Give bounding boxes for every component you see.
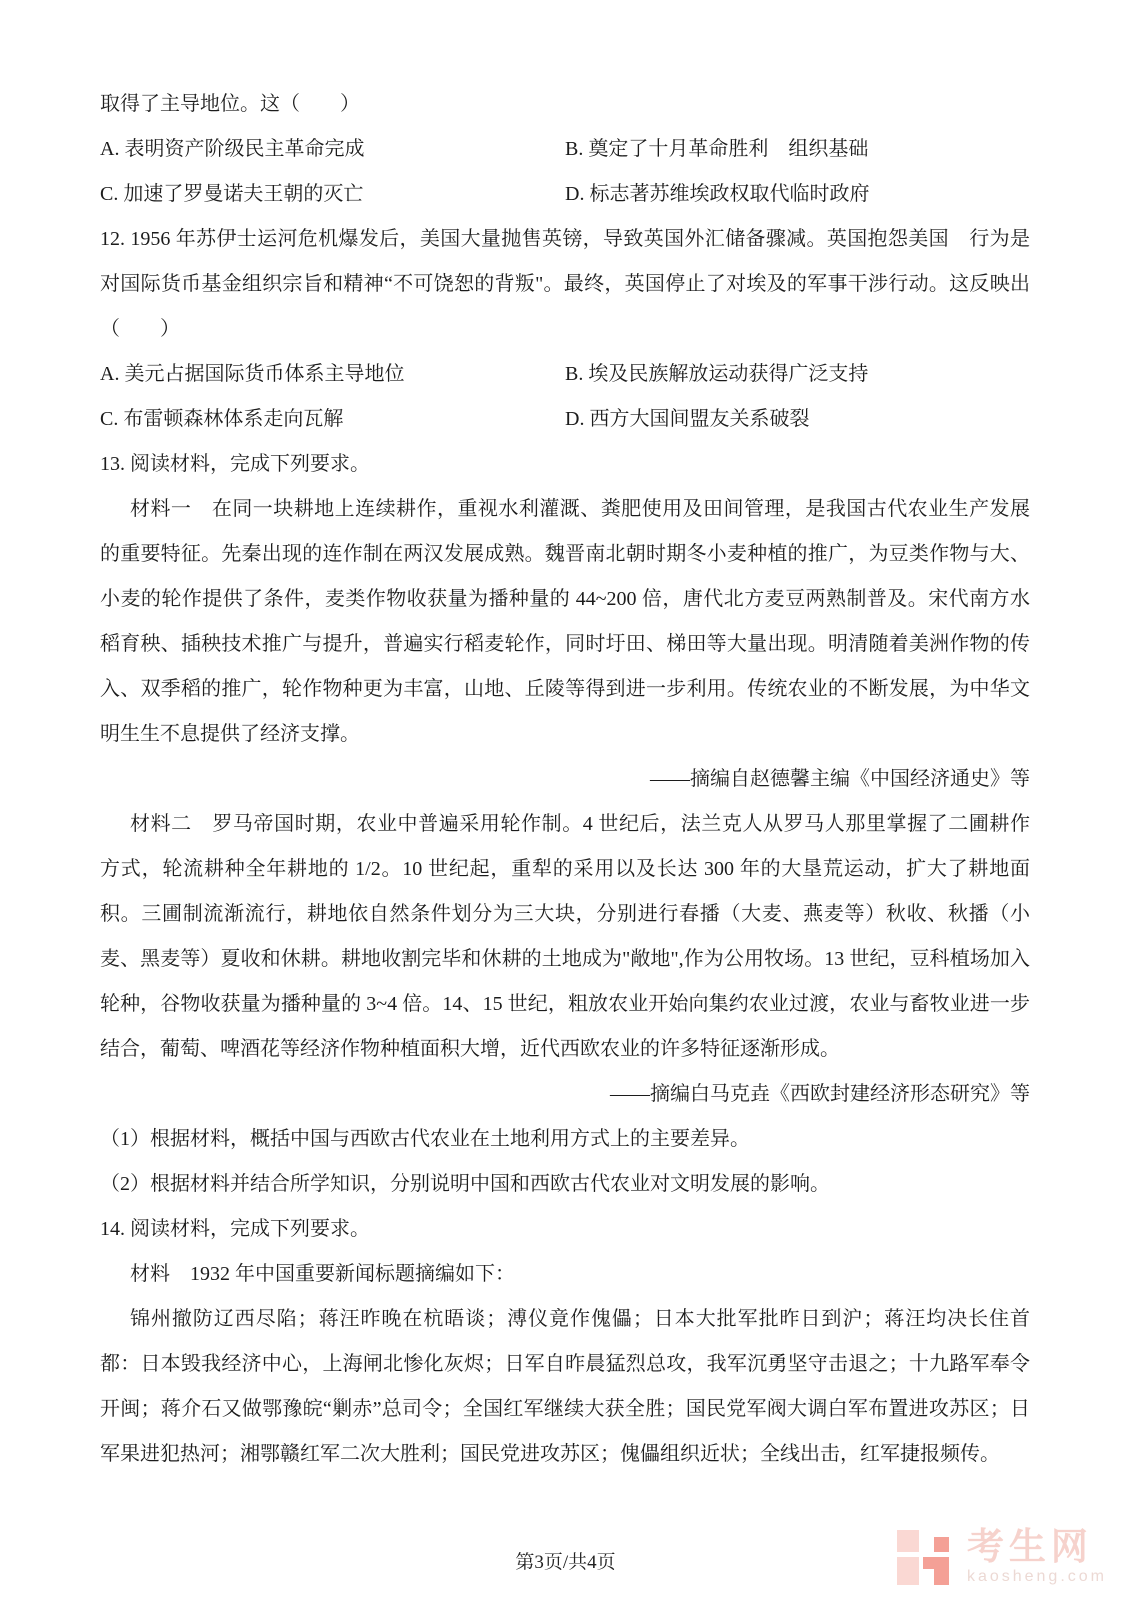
option-12-a: A. 美元占据国际货币体系主导地位 [100,352,565,397]
site-logo-text: 考生网 kaosheng.com [967,1528,1107,1585]
headline-line: 锦州撤防辽西尽陷；蒋汪昨晚在杭晤谈；溥仪竟作傀儡；日本大批军批昨日到沪；蒋汪均决… [100,1297,1030,1342]
material2-line: 材料二 罗马帝国时期，农业中普遍采用轮作制。4 世纪后，法兰克人从罗马人那里掌握… [100,802,1030,847]
question-12-stem-line: 对国际货币基金组织宗旨和精神“不可饶恕的背叛"。最终，英国停止了对埃及的军事干涉… [100,262,1030,307]
page-content: 取得了主导地位。这（ ） A. 表明资产阶级民主革命完成 B. 奠定了十月革命胜… [100,82,1030,1477]
headline-line: 都：日本毁我经济中心，上海闸北惨化灰烬；日军自昨晨猛烈总攻，我军沉勇坚守击退之；… [100,1342,1030,1387]
headline-line: 开闽；蒋介石又做鄂豫皖“剿赤”总司令；全国红军继续大获全胜；国民党军阀大调白军布… [100,1387,1030,1432]
material2-line: 轮种，谷物收获量为播种量的 3~4 倍。14、15 世纪，粗放农业开始向集约农业… [100,982,1030,1027]
question-11-options: A. 表明资产阶级民主革命完成 B. 奠定了十月革命胜利 组织基础 C. 加速了… [100,127,1030,217]
material2-line: 积。三圃制流渐流行，耕地依自然条件划分为三大块，分别进行春播（大麦、燕麦等）秋收… [100,892,1030,937]
option-11-d: D. 标志著苏维埃政权取代临时政府 [565,172,1030,217]
material1-line: 入、双季稻的推广，轮作物种更为丰富，山地、丘陵等得到进一步利用。传统农业的不断发… [100,667,1030,712]
question-13-sub2: （2）根据材料并结合所学知识，分别说明中国和西欧古代农业对文明发展的影响。 [100,1162,1030,1207]
option-11-a: A. 表明资产阶级民主革命完成 [100,127,565,172]
question-12-bracket-line: （ ） [100,307,1030,352]
option-12-c: C. 布雷顿森林体系走向瓦解 [100,397,565,442]
kaosheng-h-block-icon [897,1528,955,1586]
site-logo: 考生网 kaosheng.com [897,1528,1107,1586]
question-12-stem-line: 12. 1956 年苏伊士运河危机爆发后，美国大量抛售英镑，导致英国外汇储备骤减… [100,217,1030,262]
question-13-heading: 13. 阅读材料，完成下列要求。 [100,442,1030,487]
exam-paper-page: 取得了主导地位。这（ ） A. 表明资产阶级民主革命完成 B. 奠定了十月革命胜… [0,0,1131,1600]
question-12-options: A. 美元占据国际货币体系主导地位 B. 埃及民族解放运动获得广泛支持 C. 布… [100,352,1030,442]
question-14-heading: 14. 阅读材料，完成下列要求。 [100,1207,1030,1252]
option-12-d: D. 西方大国间盟友关系破裂 [565,397,1030,442]
question-13-sub1: （1）根据材料，概括中国与西欧古代农业在土地利用方式上的主要差异。 [100,1117,1030,1162]
material2-source: ——摘编白马克垚《西欧封建经济形态研究》等 [100,1072,1030,1117]
option-11-c: C. 加速了罗曼诺夫王朝的灭亡 [100,172,565,217]
material1-line: 明生生不息提供了经济支撑。 [100,712,1030,757]
material1-line: 的重要特征。先秦出现的连作制在两汉发展成熟。魏晋南北朝时期冬小麦种植的推广，为豆… [100,532,1030,577]
site-logo-domain: kaosheng.com [967,1569,1107,1585]
option-11-b: B. 奠定了十月革命胜利 组织基础 [565,127,1030,172]
material2-line: 结合，葡萄、啤酒花等经济作物种植面积大增，近代西欧农业的许多特征逐渐形成。 [100,1027,1030,1072]
material2-line: 方式，轮流耕种全年耕地的 1/2。10 世纪起，重犁的采用以及长达 300 年的… [100,847,1030,892]
headline-line: 军果进犯热河；湘鄂赣红军二次大胜利；国民党进攻苏区；傀儡组织近状；全线出击，红军… [100,1432,1030,1477]
material1-line: 稻育秧、插秧技术推广与提升，普遍实行稻麦轮作，同时圩田、梯田等大量出现。明清随着… [100,622,1030,667]
site-logo-title: 考生网 [967,1528,1107,1565]
material1-line: 小麦的轮作提供了条件，麦类作物收获量为播种量的 44~200 倍，唐代北方麦豆两… [100,577,1030,622]
material1-source: ——摘编自赵德馨主编《中国经济通史》等 [100,757,1030,802]
question-11-stem: 取得了主导地位。这（ ） [100,82,1030,127]
material1-line: 材料一 在同一块耕地上连续耕作，重视水利灌溉、粪肥使用及田间管理，是我国古代农业… [100,487,1030,532]
option-12-b: B. 埃及民族解放运动获得广泛支持 [565,352,1030,397]
material2-line: 麦、黑麦等）夏收和休耕。耕地收割完毕和休耕的土地成为"敞地",作为公用牧场。13… [100,937,1030,982]
question-14-material-intro: 材料 1932 年中国重要新闻标题摘编如下： [100,1252,1030,1297]
